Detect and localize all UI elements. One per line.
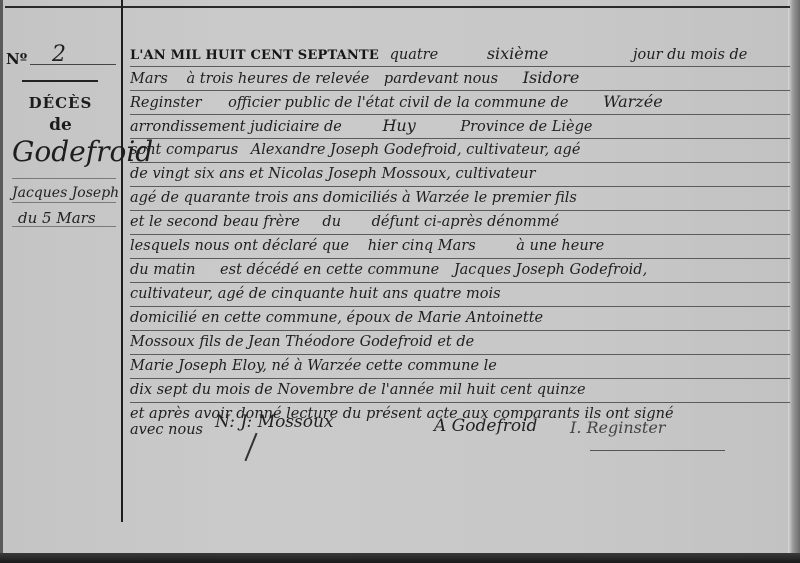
handwritten-text: cultivateur, agé de cinquante huit ans q… — [130, 286, 501, 302]
act-line-3: Reginster officier public de l'état civi… — [130, 90, 790, 115]
next-page-edge — [0, 553, 800, 563]
death-date: du 5 Mars — [18, 209, 96, 227]
act-line-13: Mossoux fils de Jean Théodore Godefroid … — [130, 330, 790, 355]
act-line-8: et le second beau frère du défunt ci-apr… — [130, 210, 790, 235]
act-line-14: Marie Joseph Eloy, né à Warzée cette com… — [130, 354, 790, 379]
handwritten-text: Province de Liège — [460, 119, 592, 135]
handwritten-text: domicilié en cette commune, époux de Mar… — [130, 310, 543, 326]
act-line-1: L'AN MIL HUIT CENT SEPTANTE quatre sixiè… — [130, 42, 790, 67]
handwritten-text: et le second beau frère — [130, 214, 300, 230]
handwritten-text: Isidore — [523, 68, 580, 87]
record-type-heading: DÉCÈS — [0, 94, 121, 112]
margin-ruled-line — [12, 226, 116, 227]
handwritten-text: Warzée — [603, 92, 663, 111]
handwritten-text: agé de quarante trois ans domiciliés à W… — [130, 190, 577, 206]
signature-witness-godefroid: A Godefroid — [434, 416, 537, 436]
handwritten-text: du — [322, 214, 341, 230]
act-line-12: domicilié en cette commune, époux de Mar… — [130, 306, 790, 331]
act-line-4: arrondissement judiciaire de Huy Provinc… — [130, 114, 790, 139]
handwritten-text: Reginster — [130, 95, 202, 111]
handwritten-text: Mossoux fils de Jean Théodore Godefroid … — [130, 334, 474, 350]
signature-officer-reginster: I. Reginster — [570, 418, 665, 437]
margin-ruled-line — [12, 202, 116, 203]
handwritten-text: à une heure — [516, 238, 604, 254]
handwritten-text: hier cinq Mars — [368, 238, 476, 254]
act-line-17: avec nous — [130, 418, 210, 442]
deceased-given-names: Jacques Joseph — [12, 185, 119, 201]
act-line-9: lesquels nous ont déclaré que hier cinq … — [130, 234, 790, 259]
act-line-10: du matin est décédé en cette commune Jac… — [130, 258, 790, 283]
handwritten-text: quatre — [390, 47, 439, 63]
signature-witness-mossoux: N: J: Mossoux — [215, 412, 334, 432]
signature-underline — [590, 450, 725, 451]
handwritten-text: officier public de l'état civil de la co… — [228, 95, 568, 111]
margin-separator — [22, 80, 98, 82]
record-number-label: Nº — [6, 50, 27, 68]
register-page: Nº 2 DÉCÈS de Godefroid Jacques Joseph d… — [0, 0, 800, 563]
handwritten-text: lesquels nous ont déclaré que — [130, 238, 349, 254]
record-type-de: de — [0, 115, 121, 135]
handwritten-text: est décédé en cette commune — [220, 262, 439, 278]
handwritten-text: sixième — [487, 44, 549, 63]
margin-vertical-rule — [121, 0, 123, 522]
handwritten-text: avec nous — [130, 422, 203, 438]
act-line-11: cultivateur, agé de cinquante huit ans q… — [130, 282, 790, 307]
page-left-edge — [0, 0, 3, 563]
handwritten-text: Mars — [130, 71, 168, 87]
margin-ruled-line — [12, 178, 116, 179]
handwritten-text: à trois heures de relevée — [186, 71, 369, 87]
signature-flourish — [244, 433, 257, 462]
handwritten-text: de vingt six ans et Nicolas Joseph Mosso… — [130, 166, 536, 182]
handwritten-text: défunt ci-après dénommé — [372, 214, 560, 230]
printed-opening: L'AN MIL HUIT CENT SEPTANTE — [130, 48, 379, 63]
handwritten-text: du matin — [130, 262, 195, 278]
handwritten-text: sont comparus — [130, 142, 238, 158]
handwritten-text: Huy — [382, 116, 415, 135]
handwritten-text: Alexandre Joseph Godefroid, cultivateur,… — [251, 142, 581, 158]
act-line-6: de vingt six ans et Nicolas Joseph Mosso… — [130, 162, 790, 187]
act-line-7: agé de quarante trois ans domiciliés à W… — [130, 186, 790, 211]
handwritten-text: pardevant nous — [384, 71, 498, 87]
handwritten-text: jour du mois de — [633, 47, 747, 63]
act-line-15: dix sept du mois de Novembre de l'année … — [130, 378, 790, 403]
handwritten-text: arrondissement judiciaire de — [130, 119, 342, 135]
number-underline — [30, 64, 116, 65]
act-line-2: Mars à trois heures de relevée pardevant… — [130, 66, 790, 91]
handwritten-text: Jacques Joseph Godefroid, — [454, 262, 647, 278]
act-line-5: sont comparus Alexandre Joseph Godefroid… — [130, 138, 790, 163]
handwritten-text: Marie Joseph Eloy, né à Warzée cette com… — [130, 358, 497, 374]
handwritten-text: dix sept du mois de Novembre de l'année … — [130, 382, 586, 398]
